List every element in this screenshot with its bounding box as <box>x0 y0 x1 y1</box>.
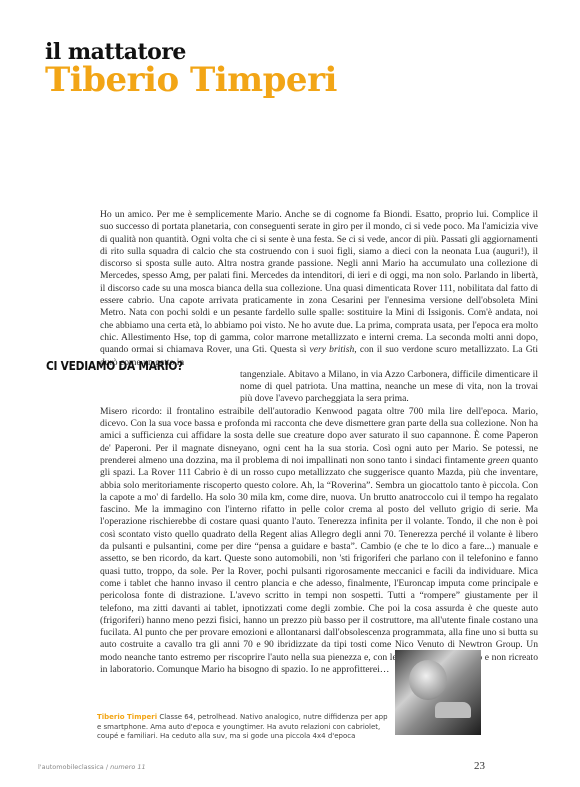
portrait-face <box>409 660 447 700</box>
model-car <box>435 702 471 718</box>
page-number: 23 <box>474 760 485 772</box>
article-body: Ho un amico. Per me è semplicemente Mari… <box>100 209 538 676</box>
article-paragraph-1: Ho un amico. Per me è semplicemente Mari… <box>100 209 538 369</box>
author-photo <box>395 650 481 735</box>
footer-publication: l'automobileclassica / numero 11 <box>38 763 146 771</box>
article-subhead: CI VEDIAMO DA MARIO? <box>46 358 183 373</box>
author-caption: Tiberio Timperi Classe 64, petrolhead. N… <box>97 713 392 742</box>
caption-name: Tiberio Timperi <box>97 713 157 721</box>
author-title: Tiberio Timperi <box>45 62 337 98</box>
article-paragraph-wrap: tangenziale. Abitavo a Milano, in via Az… <box>240 369 538 406</box>
article-paragraph-2: Misero ricordo: il frontalino estraibile… <box>100 406 538 677</box>
